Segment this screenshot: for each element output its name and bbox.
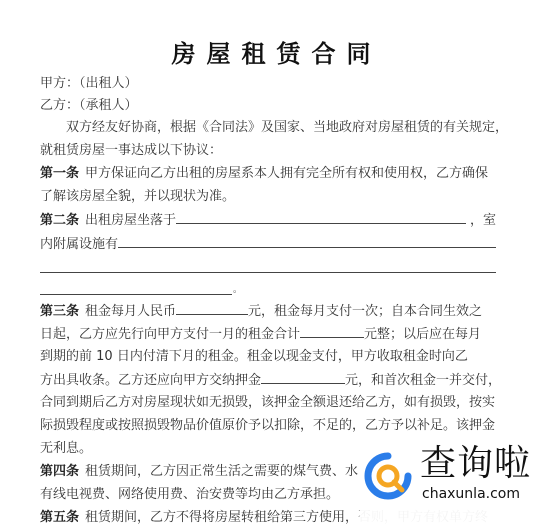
clause-3-line-3: 到期的前 10 日内付清下月的租金。租金以现金支付，甲方收取租金时向乙: [40, 347, 468, 366]
monthly-rent-blank[interactable]: [176, 301, 248, 315]
clause-3-line-1: 第三条租金每月人民币元，租金每月支付一次；自本合同生效之: [40, 301, 482, 321]
clause-3-text: 日内付清下月的租金。租金以现金支付，甲方收取租金时向乙: [117, 349, 468, 364]
clause-3-line-5: 合同到期后乙方对房屋现状如无损毁，该押金全额退还给乙方，如有损毁，按实: [40, 393, 495, 412]
facilities-blank-3[interactable]: [40, 294, 232, 295]
clause-1-label: 第一条: [40, 166, 79, 181]
watermark-brand-en: chaxunla.com: [422, 486, 520, 502]
clause-4-line-2: 有线电视费、网络使用费、治安费等均由乙方承担。: [40, 485, 339, 504]
clause-2-end: 。: [233, 281, 242, 300]
address-blank[interactable]: [176, 210, 466, 224]
contract-page: 房屋租赁合同 甲方：（出租人） 乙方：（承租人） 双方经友好协商，根据《合同法》…: [0, 0, 543, 526]
clause-2-text-a: 出租房屋坐落于: [85, 213, 176, 228]
preamble-line-2: 就租赁房屋一事达成以下协议：: [40, 141, 222, 160]
clause-2-text-c: 内附属设施有: [40, 237, 118, 252]
chaxunla-watermark: 查询啦 chaxunla.com: [360, 442, 543, 526]
clause-3-text: 租金每月人民币: [85, 304, 176, 319]
payment-day-number: 10: [96, 349, 113, 364]
clause-2-line-2: 内附属设施有: [40, 234, 496, 254]
clause-3-text: 日起，乙方应先行向甲方支付一月的租金合计: [40, 327, 300, 342]
clause-3-text: 元，和首次租金一并交付，: [345, 373, 501, 388]
clause-3-line-6: 际损毁程度或按照损毁物品价值原价予以扣除，不足的，乙方予以补足。该押金: [40, 416, 495, 435]
clause-1-line-1: 第一条甲方保证向乙方出租的房屋系本人拥有完全所有权和使用权，乙方确保: [40, 164, 488, 183]
clause-3-text: 方出具收条。乙方还应向甲方交纳押金: [40, 373, 261, 388]
clause-4-line-1: 第四条租赁期间，乙方因正常生活之需要的煤气费、水: [40, 462, 358, 481]
deposit-blank[interactable]: [261, 370, 345, 384]
document-title: 房屋租赁合同: [0, 34, 543, 69]
first-rent-blank[interactable]: [300, 324, 364, 338]
search-magnifier-logo-icon: [364, 452, 412, 500]
clause-4-label: 第四条: [40, 464, 79, 479]
clause-3-text: 元，租金每月支付一次；自本合同生效之: [248, 304, 482, 319]
clause-3-line-4: 方出具收条。乙方还应向甲方交纳押金元，和首次租金一并交付，: [40, 370, 501, 390]
watermark-brand-cn: 查询啦: [420, 442, 531, 486]
clause-2-label: 第二条: [40, 213, 79, 228]
clause-5-label: 第五条: [40, 510, 79, 525]
clause-1-text: 甲方保证向乙方出租的房屋系本人拥有完全所有权和使用权，乙方确保: [85, 166, 488, 181]
clause-2-line-1: 第二条出租房屋坐落于，室: [40, 210, 496, 230]
clause-2-text-b: ，室: [470, 213, 496, 228]
clause-3-line-7: 无利息。: [40, 439, 92, 458]
clause-1-line-2: 了解该房屋全貌，并以现状为准。: [40, 187, 235, 206]
clause-4-text: 租赁期间，乙方因正常生活之需要的煤气费、水: [85, 464, 358, 479]
preamble-line-1: 双方经友好协商，根据《合同法》及国家、当地政府对房屋租赁的有关规定，: [40, 118, 508, 137]
clause-3-text: 元整；以后应在每月: [364, 327, 481, 342]
party-b-line: 乙方：（承租人）: [40, 96, 138, 115]
clause-3-line-2: 日起，乙方应先行向甲方支付一月的租金合计元整；以后应在每月: [40, 324, 481, 344]
clause-3-label: 第三条: [40, 304, 79, 319]
facilities-blank-1[interactable]: [118, 234, 496, 248]
clause-3-text: 到期的前: [40, 349, 92, 364]
facilities-blank-2[interactable]: [40, 272, 496, 273]
party-a-line: 甲方：（出租人）: [40, 74, 138, 93]
